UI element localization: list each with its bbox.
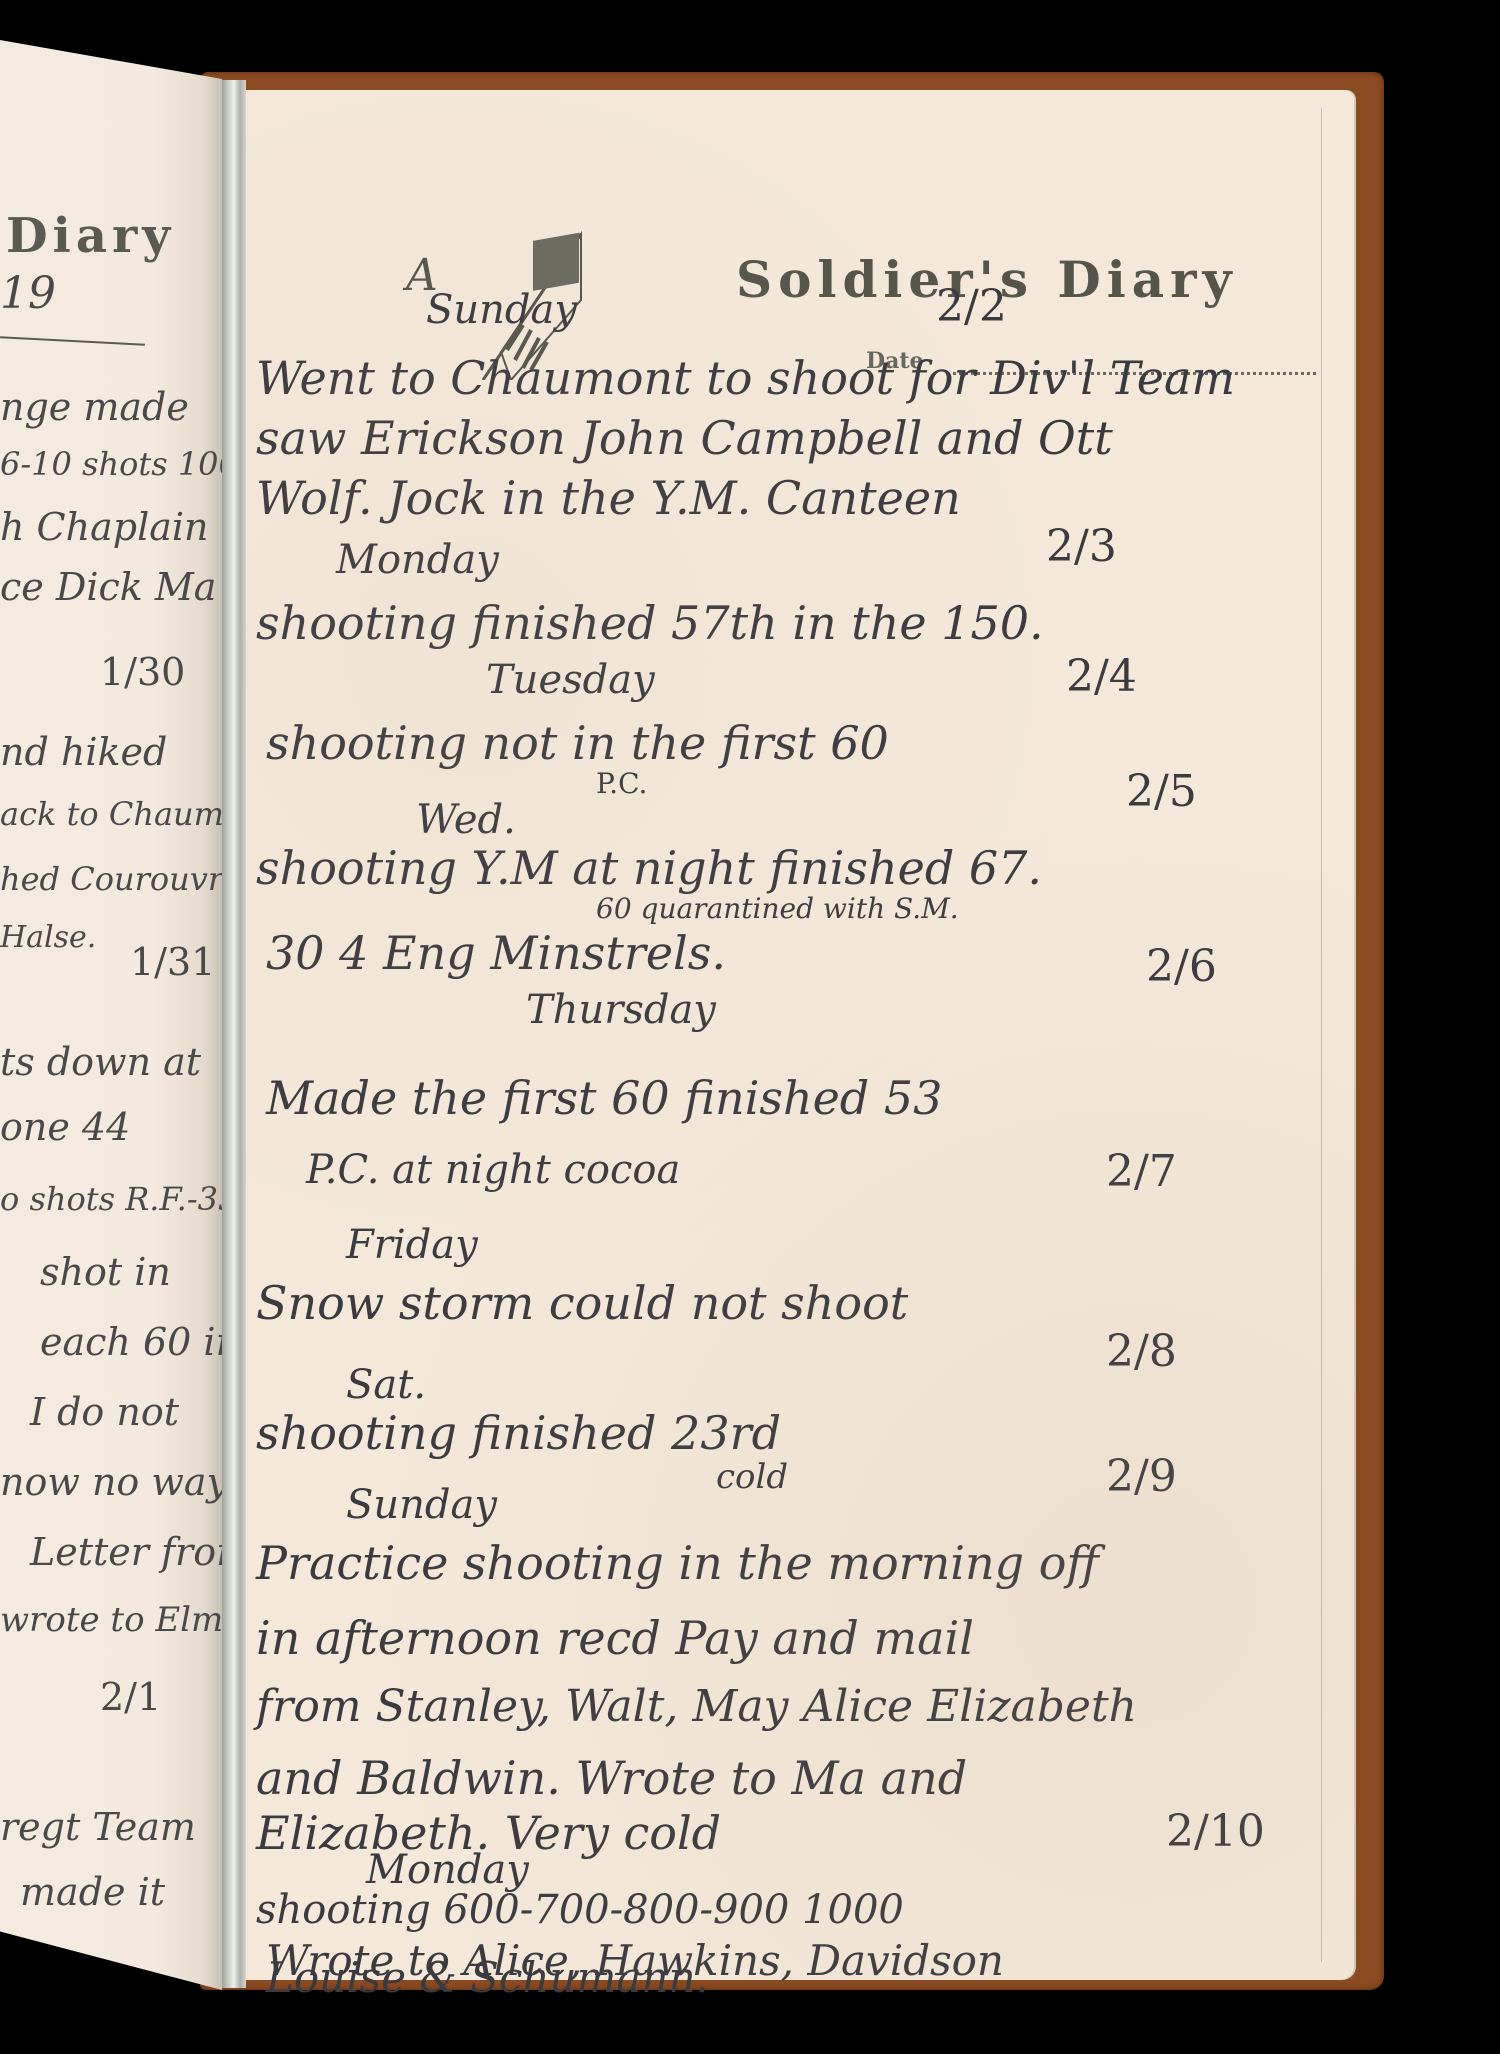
entry-day: Tuesday (486, 660, 655, 700)
left-line: h Chaplain in (0, 505, 257, 549)
entry-date: 2/9 (1106, 1455, 1177, 1499)
entry-day: Sunday (346, 1485, 497, 1525)
left-line: nge made (0, 385, 189, 429)
left-line: made it (20, 1870, 165, 1914)
entry-line: shooting finished 23rd (256, 1410, 781, 1456)
entry-date: 2/6 (1146, 945, 1217, 989)
entry-note: 60 quarantined with S.M. (596, 895, 959, 923)
left-line: Halse. (0, 920, 96, 955)
book-gutter (222, 80, 246, 1988)
left-line: each 60 in (40, 1320, 240, 1364)
entry-date: 2/8 (1106, 1330, 1177, 1374)
entry-line: Made the first 60 finished 53 (266, 1075, 942, 1121)
entry-line: shooting not in the first 60 (266, 720, 889, 766)
entry-date: 2/5 (1126, 770, 1197, 814)
left-page-header-year: 19 (0, 268, 56, 319)
right-page: A Soldier's Diary Date Sunday 2/2 Went t… (246, 90, 1356, 1980)
entry-line: Went to Chaumont to shoot for Div'l Team (256, 355, 1235, 401)
left-line: one 44 (0, 1105, 130, 1149)
entry-line: and Baldwin. Wrote to Ma and (256, 1755, 967, 1801)
entry-day: Monday (366, 1850, 529, 1890)
left-line: o shots R.F.-35. (0, 1180, 249, 1218)
entry-line: Louise & Schumann. (266, 1957, 709, 1999)
left-line: ce Dick Ma (0, 565, 216, 609)
left-line: wrote to Elmer (0, 1600, 260, 1640)
left-page-header-rule (0, 336, 145, 346)
left-line: Letter from (30, 1530, 252, 1574)
entry-line: shooting Y.M at night finished 67. (256, 845, 1042, 891)
page-border (1321, 108, 1322, 1962)
entry-line: shooting 600-700-800-900 1000 (256, 1890, 904, 1930)
left-date: 2/1 (100, 1675, 161, 1719)
left-date: 1/30 (100, 650, 185, 694)
left-line: shot in (40, 1250, 171, 1294)
entry-line: Practice shooting in the morning off (256, 1540, 1099, 1586)
entry-line: Wolf. Jock in the Y.M. Canteen (256, 475, 961, 521)
entry-line: from Stanley, Walt, May Alice Elizabeth (256, 1685, 1137, 1729)
entry-line: saw Erickson John Campbell and Ott (256, 415, 1113, 461)
entry-note: cold (716, 1460, 788, 1494)
entry-day: Sat. (346, 1365, 426, 1405)
left-page: Diary 19 nge made 6-10 shots 100 yd h Ch… (0, 40, 222, 1990)
left-page-header-title: Diary (6, 208, 175, 264)
left-line: regt Team (0, 1805, 196, 1849)
entry-day: Wed. (416, 800, 516, 840)
entry-line: in afternoon recd Pay and mail (256, 1615, 974, 1661)
entry-line: shooting finished 57th in the 150. (256, 600, 1044, 646)
entry-line: Snow storm could not shoot (256, 1280, 908, 1326)
entry-day: Friday (346, 1225, 478, 1265)
left-date: 1/31 (130, 940, 215, 984)
entry-note: P.C. (596, 770, 647, 798)
entry-line: 30 4 Eng Minstrels. (266, 930, 726, 976)
entry-day: Sunday (426, 290, 577, 330)
entry-date: 2/10 (1166, 1810, 1265, 1854)
entry-date: 2/7 (1106, 1150, 1177, 1194)
entry-date: 2/4 (1066, 655, 1137, 699)
entry-day: Thursday (526, 990, 716, 1030)
left-line: now no way (0, 1460, 228, 1504)
entry-day: Monday (336, 540, 499, 580)
left-line: hed Courouvre (0, 860, 242, 898)
entry-date: 2/2 (936, 285, 1007, 329)
entry-line: P.C. at night cocoa (306, 1150, 680, 1190)
left-line: nd hiked (0, 730, 167, 774)
left-line: ts down at (0, 1040, 201, 1084)
entry-date: 2/3 (1046, 525, 1117, 569)
left-line: I do not (30, 1390, 179, 1434)
